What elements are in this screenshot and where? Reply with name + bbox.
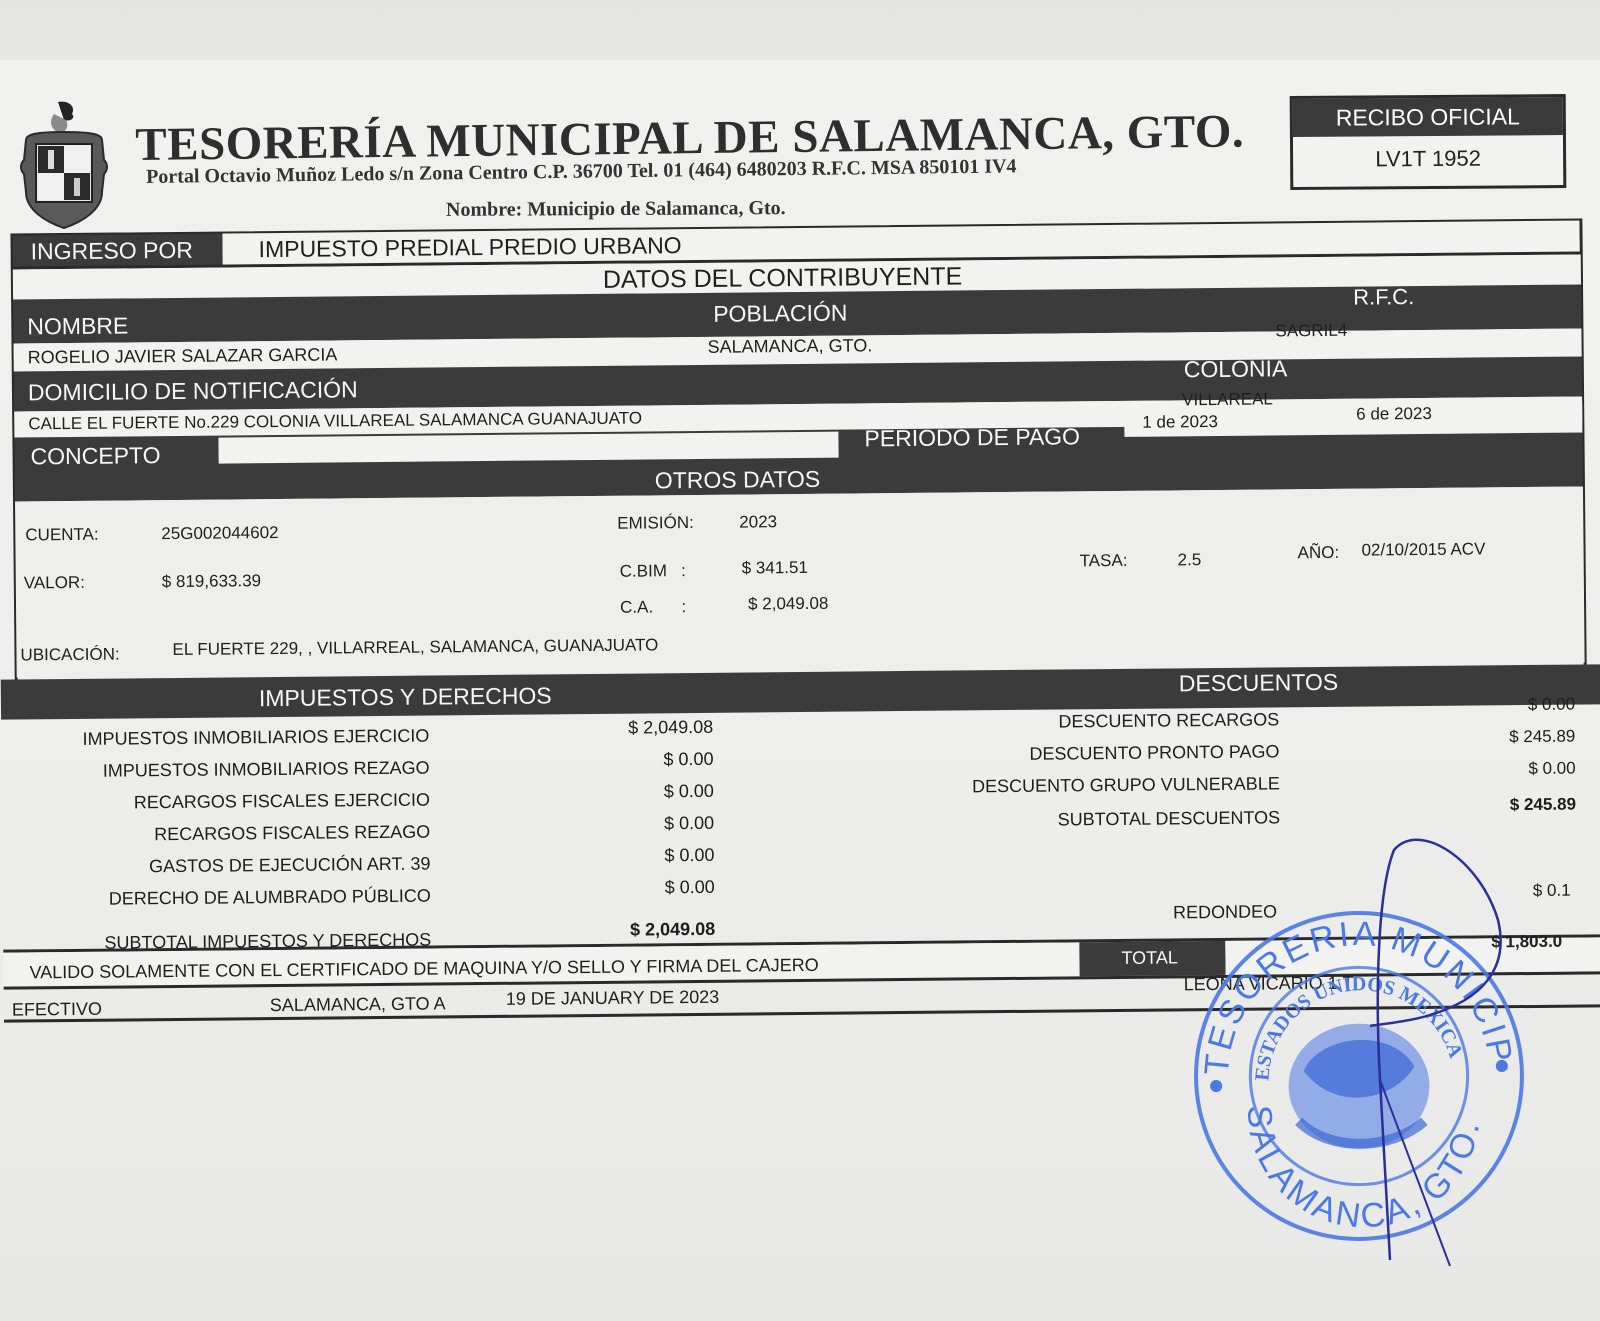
ingreso-label-cell: INGRESO POR [12,234,222,268]
descuento-item-amount: $ 0.00 [1528,759,1575,779]
impuesto-item-amount: $ 0.00 [664,813,714,834]
impuesto-item-label: GASTOS DE EJECUCIÓN ART. 39 [149,854,431,878]
periodo-desde: 1 de 2023 [1142,412,1218,433]
domicilio-label: DOMICILIO DE NOTIFICACIÓN [28,376,358,406]
descuento-item-amount: $ 0.00 [1528,695,1575,715]
poblacion-value: SALAMANCA, GTO. [707,335,872,358]
poblacion-label: POBLACIÓN [713,300,847,328]
descuento-item-label: DESCUENTO RECARGOS [1058,709,1279,732]
ingreso-label: INGRESO POR [30,237,193,266]
rfc-label: R.F.C. [1353,284,1414,311]
tasa-value: 2.5 [1178,550,1202,570]
impuesto-item-amount: $ 0.00 [664,845,714,866]
domicilio-value: CALLE EL FUERTE No.229 COLONIA VILLAREAL… [28,409,642,435]
impuesto-item-label: IMPUESTOS INMOBILIARIOS REZAGO [103,758,430,782]
impuesto-item-label: IMPUESTOS INMOBILIARIOS EJERCICIO [82,726,429,750]
impuestos-list: IMPUESTOS INMOBILIARIOS EJERCICIO$ 2,049… [0,0,1594,8]
otros-body: CUENTA: 25G002044602 EMISIÓN: 2023 VALOR… [15,486,1585,677]
impuesto-item-amount: $ 0.00 [663,749,713,770]
periodo-hasta: 6 de 2023 [1356,404,1432,425]
cuenta-value: 25G002044602 [161,523,278,544]
signature-mark [1370,830,1510,1270]
periodo-label: PERIODO DE PAGO [864,423,1080,452]
impuestos-title: IMPUESTOS Y DERECHOS [259,682,552,712]
impuesto-item-amount: $ 2,049.08 [628,717,713,739]
otros-title: OTROS DATOS [655,466,821,495]
nombre-label: NOMBRE [27,312,128,340]
valor-label: VALOR: [24,573,85,594]
valor-value: $ 819,633.39 [162,571,261,592]
payment-date: 19 DE JANUARY DE 2023 [506,987,720,1010]
total-label: TOTAL [1121,947,1178,969]
ingreso-value: IMPUESTO PREDIAL PREDIO URBANO [258,232,681,263]
ca-value: $ 2,049.08 [748,594,829,615]
descuentos-subtotal-amount: $ 245.89 [1510,795,1576,816]
descuentos-list: DESCUENTO RECARGOS$ 0.00DESCUENTO PRONTO… [0,0,1594,8]
impuesto-item-label: RECARGOS FISCALES EJERCICIO [134,790,430,814]
descuento-item-label: DESCUENTO PRONTO PAGO [1029,741,1279,764]
impuesto-item-amount: $ 0.00 [665,877,715,898]
impuesto-item-label: DERECHO DE ALUMBRADO PÚBLICO [109,886,431,910]
rfc-value: SAGRIL4 [1275,321,1347,342]
cuenta-label: CUENTA: [25,525,99,546]
impuestos-subtotal-amount: $ 2,049.08 [630,919,715,941]
tasa-label: TASA: [1080,551,1128,571]
cbim-value: $ 341.51 [742,558,808,579]
impuesto-item-label: RECARGOS FISCALES REZAGO [154,822,430,846]
descuento-item-label: DESCUENTO GRUPO VULNERABLE [972,773,1280,797]
ca-label: C.A. : [620,597,686,618]
anio-label: AÑO: [1297,543,1339,563]
descuentos-title: DESCUENTOS [1179,669,1339,698]
anio-value: 02/10/2015 ACV [1361,539,1485,560]
cbim-label: C.BIM : [620,561,686,582]
colonia-label: COLONIA [1184,355,1288,383]
redondeo-amount: $ 0.1 [1533,881,1571,901]
concepto-value-cell [218,432,838,464]
emision-value: 2023 [739,512,777,532]
nombre-value: ROGELIO JAVIER SALAZAR GARCIA [28,344,338,368]
descuentos-subtotal-label: SUBTOTAL DESCUENTOS [1058,807,1281,830]
emision-label: EMISIÓN: [617,513,694,534]
periodo-values: 1 de 2023 6 de 2023 [1124,402,1582,436]
ubicacion-value: EL FUERTE 229, , VILLARREAL, SALAMANCA, … [172,635,658,660]
ubicacion-label: UBICACIÓN: [20,645,119,666]
payment-place: SALAMANCA, GTO A [270,993,446,1016]
concepto-label: CONCEPTO [30,442,160,470]
impuesto-item-amount: $ 0.00 [664,781,714,802]
descuento-item-amount: $ 245.89 [1509,727,1575,748]
payment-method: EFECTIVO [12,999,102,1021]
